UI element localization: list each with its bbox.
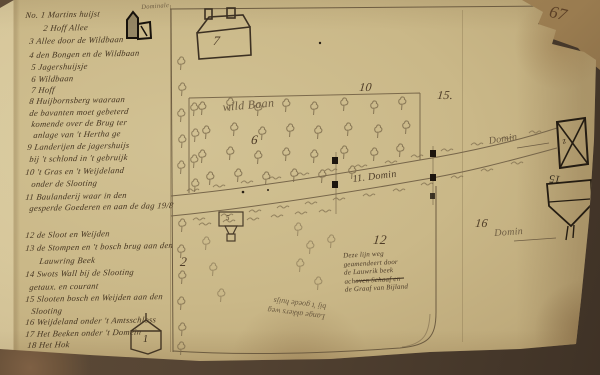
tree-icon <box>241 181 253 183</box>
tree-icon <box>210 263 217 276</box>
tree-icon <box>315 126 322 139</box>
label-domin-lower: Domin <box>494 226 523 239</box>
label-area-12: 12 <box>372 232 387 248</box>
map-drawing <box>0 0 600 375</box>
tree-icon <box>179 323 186 336</box>
tree-icon <box>355 165 367 167</box>
tree-icon <box>393 189 405 191</box>
tree-icon <box>511 162 523 164</box>
label-house15-number: 15 <box>548 172 560 185</box>
tree-icon <box>451 176 463 178</box>
tree-icon <box>363 194 375 196</box>
ink-marks <box>242 42 556 281</box>
tree-icon <box>319 210 331 212</box>
label-house7-number: 7 <box>212 33 220 49</box>
tree-icon <box>247 218 259 220</box>
tree-icon <box>178 342 185 355</box>
tree-icon <box>178 297 185 310</box>
tree-icon <box>199 223 211 225</box>
tree-icon <box>375 125 382 138</box>
tree-icon <box>178 57 185 70</box>
tree-icon <box>213 185 225 187</box>
tree-icon <box>305 202 317 204</box>
tree-icon <box>399 97 406 110</box>
tree-icon <box>371 148 378 161</box>
tree-icon <box>235 169 242 182</box>
tree-icon <box>385 161 397 163</box>
tree-icon <box>179 219 186 232</box>
tree-icon <box>192 129 199 142</box>
tree-icon <box>341 146 348 159</box>
tree-icon <box>328 235 335 248</box>
label-area-16: 16 <box>474 216 488 231</box>
jagershuisje-symbol <box>219 212 243 241</box>
label-area-10: 10 <box>358 80 372 95</box>
tree-icon <box>311 102 318 115</box>
tree-icon <box>231 123 238 136</box>
label-area-6: 6 <box>250 132 258 148</box>
tree-icon <box>178 109 185 122</box>
tree-icon <box>179 271 186 284</box>
label-area-15: 15. <box>436 88 453 103</box>
tree-icon <box>345 123 352 136</box>
tree-icon <box>199 102 206 115</box>
tree-icon <box>199 150 206 163</box>
tree-symbols-avenue <box>178 57 199 355</box>
tree-icon <box>191 155 198 168</box>
tree-icon <box>259 127 266 140</box>
tree-icon <box>411 155 423 157</box>
photograph-of-manuscript-map: { "page": { "corner_number": "67" }, "le… <box>0 0 600 375</box>
tree-icon <box>333 198 345 200</box>
tree-icon <box>283 148 290 161</box>
tree-icon <box>471 143 483 145</box>
tree-symbols-scattered <box>203 223 335 302</box>
tree-icon <box>371 101 378 114</box>
house-7-symbol <box>197 8 251 59</box>
page-number: 67 <box>547 2 569 26</box>
tree-icon <box>207 172 214 185</box>
tree-icon <box>315 277 322 290</box>
tree-icon <box>277 206 289 208</box>
label-house5-number: 5 <box>226 214 230 222</box>
tree-icon <box>421 183 433 185</box>
tree-icon <box>397 144 404 157</box>
gate-x-box-symbol <box>557 118 588 168</box>
tree-icon <box>325 169 337 171</box>
tree-icon <box>178 161 185 174</box>
black-gatehouse <box>127 12 151 39</box>
tree-icon <box>179 135 186 148</box>
tree-icon <box>255 151 262 164</box>
tree-icon <box>179 83 186 96</box>
tree-icon <box>287 124 294 137</box>
tree-icon <box>191 103 198 116</box>
tree-icon <box>297 259 304 272</box>
tree-icon <box>283 99 290 112</box>
manuscript-paper: No. 1 Martins huijst2 Hoff Allee3 Allee … <box>0 0 600 375</box>
tree-icon <box>193 218 205 220</box>
tree-icon <box>271 215 283 217</box>
tree-icon <box>249 210 261 212</box>
tree-icon <box>227 147 234 160</box>
tree-icon <box>307 241 314 254</box>
label-house1-number: 1 <box>143 334 148 345</box>
tree-icon <box>203 237 210 250</box>
tree-icon <box>529 131 541 133</box>
tree-icon <box>203 126 210 139</box>
tree-icon <box>403 121 410 134</box>
tree-icon <box>269 177 281 179</box>
label-area-2: 2 <box>179 254 187 270</box>
tree-icon <box>295 223 302 236</box>
house-15-symbol <box>547 180 592 240</box>
tree-icon <box>341 98 348 111</box>
tree-icon <box>441 149 453 151</box>
tree-icon <box>481 169 493 171</box>
tree-icon <box>295 212 307 214</box>
tree-icon <box>218 289 225 302</box>
tree-icon <box>297 173 309 175</box>
note-area-12: Deze lijn weg geamendeert door de Lauwri… <box>343 248 408 294</box>
tree-icon <box>311 150 318 163</box>
